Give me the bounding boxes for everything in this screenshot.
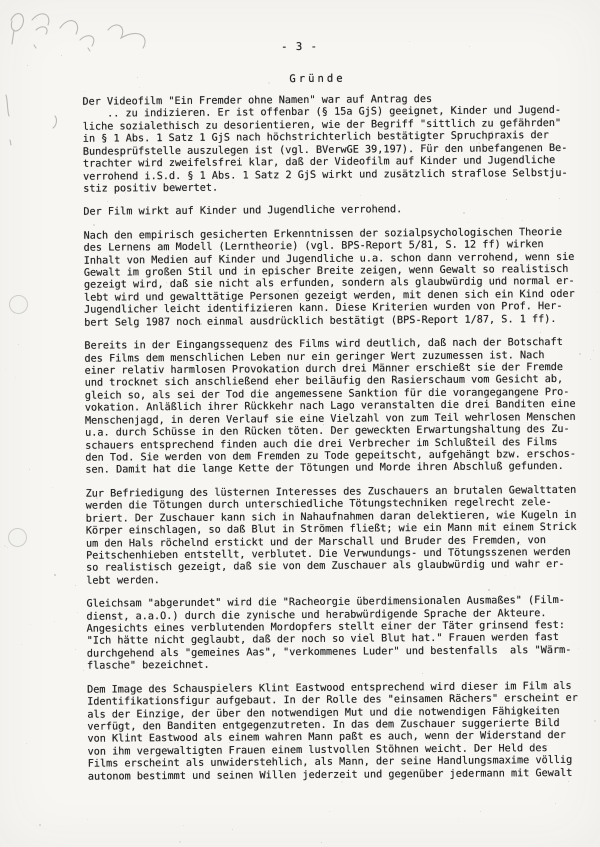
typed-content: - 3 - Gründe Der Videofilm "Ein Fremder … bbox=[0, 0, 600, 847]
scanned-page: - 3 - Gründe Der Videofilm "Ein Fremder … bbox=[0, 0, 600, 847]
paragraph-4: Bereits in der Eingangssequenz des Films… bbox=[84, 337, 585, 478]
paragraph-5: Zur Befriedigung des lüsternen Interesse… bbox=[86, 485, 587, 588]
paragraph-6: Gleichsam "abgerundet" wird die "Racheor… bbox=[86, 595, 587, 673]
paragraph-3: Nach den empirisch gesicherten Erkenntni… bbox=[84, 227, 585, 330]
paragraph-7: Dem Image des Schauspielers Klint Eastwo… bbox=[87, 680, 588, 783]
paragraph-1: Der Videofilm "Ein Fremder ohne Namen" w… bbox=[82, 93, 583, 196]
page-number: - 3 - bbox=[281, 41, 318, 53]
document-body: Der Videofilm "Ein Fremder ohne Namen" w… bbox=[82, 93, 587, 795]
document-heading: Gründe bbox=[289, 73, 345, 85]
paragraph-2: Der Film wirkt auf Kinder und Jugendlich… bbox=[83, 203, 583, 219]
